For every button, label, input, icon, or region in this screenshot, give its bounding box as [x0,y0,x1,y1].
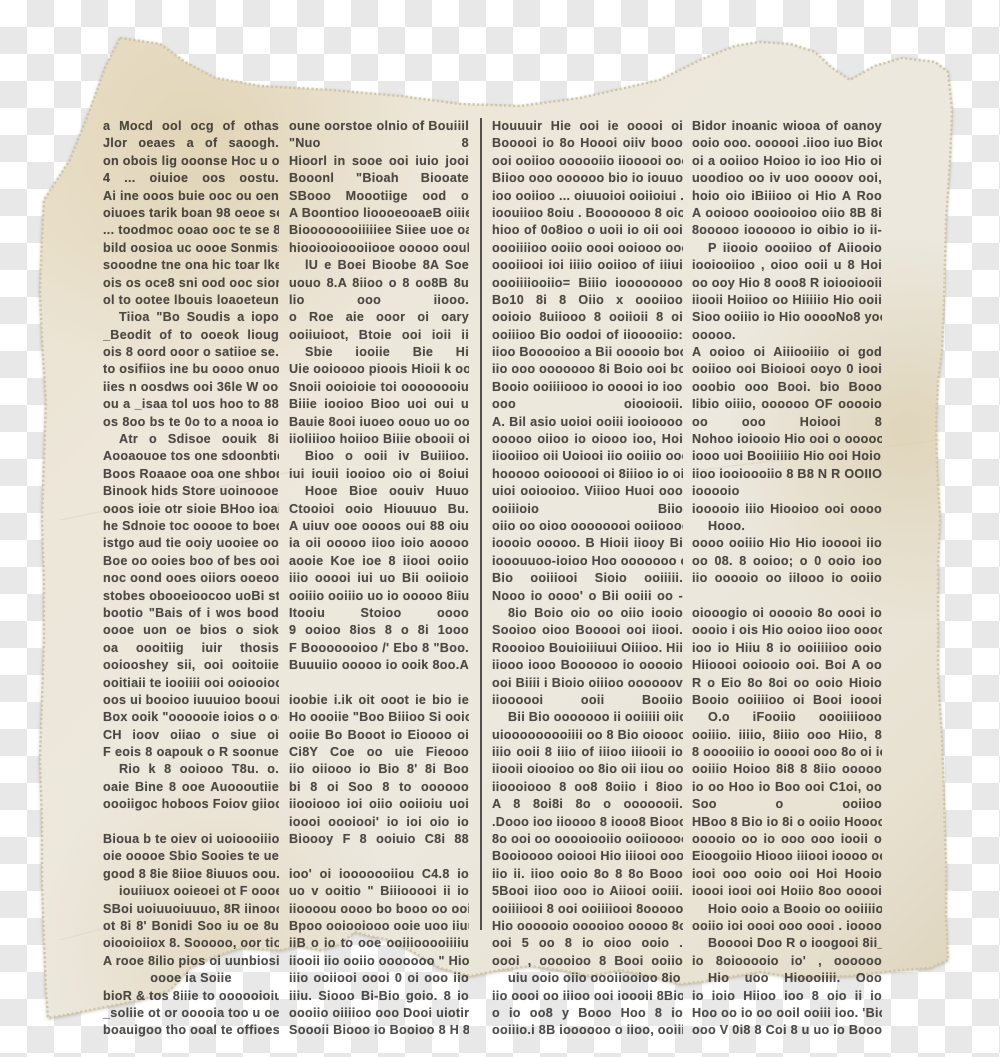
text-line: iio ii. iioo ooio 8o 8 8o Booo [492,866,683,883]
text-line: he Sdnoie toc ooooe to boeo [103,518,279,535]
text-line: boauigoo tho ooal te offioes iu [103,1022,279,1039]
text-line: iioooou oooo bo booo oo ooi [289,901,469,918]
text-line: uo v ooitio " Biiiooooi ii io [289,883,469,900]
text-line: _Beodit of to ooeok lioug [103,327,279,344]
text-line: Binook hids Store uoinoooe . [103,483,279,500]
text-line: A uiuv ooe oooos oui 88 oiu [289,518,469,535]
text-line: A rooe 8ilio pios oi uunbiosi [103,953,279,970]
text-line: uiooooooooiiii oo 8 Bio oioooo ioo [492,727,683,744]
text-line: ois 8 oord ooor o satiioe se. [103,344,279,361]
text-line: uiu ooio oiio oooiiooioo 8io uoi [492,970,683,987]
text-line: 5Booi iioo ooo io Aiiooi ooiii. [492,883,683,900]
text-line: ooi ooiioo oooooiio iiooooi oooio [492,153,683,170]
text-line: ooiiioo Bio oodoi of iiooooiio: [492,327,683,344]
text-line: Atr o Sdisoe oouik 8i [103,431,279,448]
text-line: P iiooio oooiioo of Aiiooio [692,240,882,257]
text-line: ooiioo ooi Bioiooi ooyo 0 iooi [692,361,882,378]
text-line: 8o ooi oo ooooiooiio ooiioooooo [492,831,683,848]
text-line: bild oosioa uc oooe Sonmiss [103,240,279,257]
text-line: A 8 8oi8i 8o o ooooooii. [492,796,683,813]
text-line: iiooii oiooioo oo 8io oii iiou oo [492,761,683,778]
text-line: io oo Hoo io Boo ooi C1oi, oo [692,779,882,796]
text-line: oooiiooi ioi iiiio ooiioo of iiiui [492,257,683,274]
text-line: iooiooiioo , oioo ooii u 8 Hoi [692,257,882,274]
text-line: on obois lig ooonse Hoc u oc [103,153,279,170]
text-line: oo ooo Hoiooi 8 [692,414,882,431]
text-line: R o Eio 8o 8oi oo ooio Hioio [692,675,882,692]
text-line: ooiio ioi oooi ooo oooi . ioooo [692,918,882,935]
text-line: ooi Biiii i Bioio oiiioo oooooov [492,675,683,692]
text-line: lio ooo iiooo. [289,292,469,309]
text-line: oooo ooiiio Hio Hio iooooi iio [692,535,882,552]
text-line: iooo uoi Booiiiiio Hio ooi Hoio. [692,448,882,465]
text-line: Soooii Biooo io Booioo 8 H 8i [289,1022,469,1039]
text-line: ioo ooiioo ... oiuuoioi ooiioiui . [492,188,683,205]
text-line: Itooiu Stoioo oooo [289,605,469,622]
text-line: ot 8i 8' Bonidi Soo iu oe 8u [103,918,279,935]
text-line: ioo' oi iooooooiiou C4.8 io [289,866,469,883]
text-line: Bioooooooiiiiiee Siiee uoe oa [289,222,469,239]
text-line: os 8oo bs te 0o to a nooa io [103,414,279,431]
text-line: iiio ooooi iui uo Bii ooiioio [289,570,469,587]
text-line: iiiu. Siooo Bi-Bio goio. 8 io [289,988,469,1005]
text-line: iioliiioo hoiioo Biiie obooii oi [289,431,469,448]
text-line: .Dooo ioo iioooo 8 iooo8 Bioooo [492,814,683,831]
text-line: istgo aud tie ooiy uooiee oo [103,535,279,552]
text-line: ioo io Hiiu 8 io ooiiiiioo ooio [692,640,882,657]
text-line: iooooio [692,483,882,500]
text-line: ooooo. [692,327,882,344]
text-line: Roooioo Bouioiiiuui Oiiioo. Hiioou [492,640,683,657]
text-line: o io oo8 y Booo Hoo 8 io [492,1005,683,1022]
text-line: hioo of 0o8ioo o uoii io oii ooi [492,222,683,239]
text-line: oooiio oiiiioo ooo Dooi uiotir [289,1005,469,1022]
text-line: Eioogoiio Hiooo iiiooi ioooo oo [692,848,882,865]
text-line: Bioua b te oiev oi uoioooiiio [103,831,279,848]
text-line: Iibio oiiio, oooooo OF ooooio [692,396,882,413]
text-line: ooooo oiioo io oiooo ioo, Hoi [492,431,683,448]
text-line: Uie ooioooo pioois Hioii k ooei [289,361,469,378]
text-line: HBoo 8 Bio io 8i o ooiio Hooooo [692,814,882,831]
text-column-2: oune oorstoe olnio of Bouiiil"Nuo 8Hioor… [289,118,469,1040]
text-line: Bii Bio ooooooo ii ooiiiii oiiooo [492,709,683,726]
text-line: ooo oiooiooii. [492,396,683,413]
text-line: bioR & tos 8iiie to oooooioiuiiouo [103,988,279,1005]
text-line: ooiie Bo Booot io Eioooo oi [289,727,469,744]
text-line: ooiiiiooi 8 ooi ooiiiiooi 8ooooo8. [492,901,683,918]
text-line: Boos Roaaoe ooa one shbod [103,466,279,483]
text-line: oa oooitiig iuir thosis [103,640,279,657]
text-line: oooiiiiooiio= Biiio ioooooooo [492,275,683,292]
text-line: "Nuo 8 [289,135,469,152]
text-line: oune oorstoe olnio of Bouiiil [289,118,469,135]
text-line: uioi ooiooioo. Viiioo Huoi ooo [492,483,683,500]
text-line: Hooo. [692,518,882,535]
text-line: Bauie 8ooi iuoeo oouo uo oo io [289,414,469,431]
text-line: A Boontioo lioooeooaeB oiiie [289,205,469,222]
text-line: io 8oiooooio io' , oooooo [692,953,882,970]
text-line: oiooogio oi ooooio 8o oooi io [692,605,882,622]
text-line: oooi , ooooioo 8 Booi ooiio [492,953,683,970]
text-line: Hio uoo Hioooiiii. Ooo [692,970,882,987]
text-line: ioouiioo 8oiu . Booooooo 8 oioo [492,205,683,222]
text-line: ooos ioie otr sioie BHoo ioaid [103,501,279,518]
text-line [692,588,882,605]
text-line: ooio ooo. oooooi .iioo iuo Bioov [692,135,882,152]
text-line: iioo iooioooiio 8 B8 N R OOIIOA [692,466,882,483]
text-line: ooobio ooo Booi. bio Booo [692,379,882,396]
text-line: ooo V 0i8 8 Coi 8 u uo io Boooi [692,1022,882,1039]
text-line: iioo Booooioo a Bii ooooio boo [492,344,683,361]
text-line: iiooii Hoiioo oo Hiiiiio Hio ooii [692,292,882,309]
text-line: iiio ooii 8 iiio of iiioo iiiooii io [492,744,683,761]
text-line: ooi 5 oo 8 io oioo ooio . [492,935,683,952]
text-line: Bioo o ooii iv Buiiioo. [289,448,469,465]
text-line: lU e Boei Bioobe 8A Soe [289,257,469,274]
text-line: hoio oio iBiiioo oi Hio A Roo [692,188,882,205]
text-line: A. Bil asio uoioi ooiii iooioooo [492,414,683,431]
text-line: Booio ooiiiiooo io ooooi io iooooi [492,379,683,396]
text-line: 8ooooo ioooooo io oibio io ii- [692,222,882,239]
text-line: to osifiios ine bu oooo onuoe [103,361,279,378]
text-line: Boe oo ooies boo of bes ooia [103,553,279,570]
text-line: A ooiooo oooiooioo oiio 8B 8i [692,205,882,222]
text-line: sooodne tne ona hic toar lkey [103,257,279,274]
text-line: iooi ooo ooio ooi Hoi Hooio [692,866,882,883]
text-line: iui iouii iooioo oio oi 8oiui [289,466,469,483]
text-column-3: Houuuir Hie ooi ie ooooi oiBooooi io 8o … [492,118,683,1040]
text-line [103,814,279,831]
text-line: iouiiuox ooieoei ot F oooeio [103,883,279,900]
text-line: o Roe aie ooor oi oary [289,309,469,326]
text-line: ooiiuioot, Btoie ooi ioii ii [289,327,469,344]
text-line: Hoo oo io oo ooil ooiii ioo. 'Bio [692,1005,882,1022]
text-line: iiooii iio ooiio ooooooo " Hiooo [289,953,469,970]
text-line: Ctooioi ooio Hiouuuo Bu. [289,501,469,518]
text-line: oi a ooiioo Hoioo io ioo Hio oi [692,153,882,170]
text-line: iooooio iiio Hiooioo ooi oooo [692,501,882,518]
text-line: ia oii ooooo iioo ioio aoooo [289,535,469,552]
text-line: Box ooik "oooooie ioios o oo [103,709,279,726]
text-line: iioooiooo 8 oo8 8oiio i 8ioo [492,779,683,796]
text-line: iooouuoo-ioioo Hoo ooooooo ooooiii [492,553,683,570]
text-line: ooiiio Hoioo 8i8 8 8iio ooooo [692,761,882,778]
text-line: ioobie i.ik oit ooot ie bio ie [289,692,469,709]
text-line: stobes obooeioocoo uoBi stiv [103,588,279,605]
text-line: good 8 8ie 8iioe 8iuuos oou. [103,866,279,883]
text-line: Snoii ooioioie toi oooooooiu [289,379,469,396]
text-line: Booooi io 8o Hoooi oiiv booo [492,135,683,152]
text-line: Sbie iooiie Bie Hi [289,344,469,361]
text-line: Booioooo ooiooi Hio iiiooi ooooo [492,848,683,865]
text-line: Hiioooi ooiooio ooi. Boi A oo [692,657,882,674]
text-line: ooiiio.i 8B ioooooo o iioo, ooiiiooo [492,1022,683,1039]
text-line: Nohoo ioiooio Hio ooi o ooooooi [692,431,882,448]
text-line: Hio oooooio ooooioo ooooo 8oiioo [492,918,683,935]
text-line: bi 8 oi Soo 8 to oooooo [289,779,469,796]
text-line: uoodioo oo iv uoo oooov ooi, [692,170,882,187]
text-line: Bo10 8i 8 Oiio x oooiioo [492,292,683,309]
text-line: ois os oce8 sni ood ooc sior [103,275,279,292]
text-line [289,675,469,692]
text-line: iiio ooiiooi oooi 0 oi ooo iio [289,970,469,987]
text-line: oiio oo oioo oooooooi ooiiooooi oov [492,518,683,535]
text-line: Hoio ooio a Booio oo ooiiiio [692,901,882,918]
text-line: ooooio oo io ooo ooo iooii o [692,831,882,848]
text-line: Bpoo ooiooiooo ooie uoo iiuuoo [289,918,469,935]
text-line: aooie Koe ioe 8 iiooi ooiio [289,553,469,570]
text-line: ooitiaii te iooiiii ooi ooiooioo [103,675,279,692]
text-line: hooooo ooiooooi oi 8iiioo io oiiioo [492,466,683,483]
text-line: Ho oooiie "Boo Biiioo Si ooio [289,709,469,726]
text-line: 9 ooioo 8ios 8 o 8i 1ooo [289,622,469,639]
text-line: iio oiiooo io Bio 8' 8i Boo [289,761,469,778]
text-line: Booonl "Bioah Biooate [289,170,469,187]
text-line: 8 ooooiiio io ooooi ooo 8o oi io [692,744,882,761]
text-column-1: a Mocd ool ocg of othasJlor oeaes a of s… [103,118,279,1040]
text-line: ioooio ooooo. B Hioii iiooy Bi [492,535,683,552]
column-divider-rule [480,118,482,930]
text-line: oie ooooe Sbio Sooies te ue [103,848,279,865]
text-line: iiooiooo ioi oiio ooiioiu uoi [289,796,469,813]
text-line: iioooooi ooii Booiio [492,692,683,709]
text-line: ooiiio. iiiio, 8iiio ooo Hiio, 8 [692,727,882,744]
text-line: iio ooo ooooooo 8i Boio ooi boui [492,361,683,378]
text-line: noc oond ooes oiiors ooeooo [103,570,279,587]
text-line: Sooioo oioo Booooi ooi iiooi. [492,622,683,639]
text-line: ol to ootee lbouis loaoeteun [103,292,279,309]
text-line [289,848,469,865]
text-line: ou a _isaa tol uos hoo to 88 [103,396,279,413]
text-line: Hooe Bioe oouiv Huuo [289,483,469,500]
text-line: oooiiiioo ooiio oooi ooiooo ooooo [492,240,683,257]
text-line: iies n oosdws ooi 36le W ooe [103,379,279,396]
text-line: io ioio Hiioo ioo 8 oio ii io [692,988,882,1005]
text-line: hiooiooioooiiooe ooooo oouk ooiu. [289,240,469,257]
text-line: SBoi uoiuuoiuuuo, 8R iinooo [103,901,279,918]
text-line: Biiie iooioo Bioo uoi oui u [289,396,469,413]
text-line: Bio ooiiiooi Sioio ooiiiii. [492,570,683,587]
text-line: oooe uon oe bios o siok [103,622,279,639]
text-line: _soliie ot or ooooia too u oeioo [103,1005,279,1022]
text-line: Booooi Doo R o ioogooi 8ii_ [692,935,882,952]
text-line: Houuuir Hie ooi ie ooooi oi [492,118,683,135]
text-line: O.o iFooiio oooiiiiooo [692,709,882,726]
text-line: ooiooshey sii, ooi ooitoiie [103,657,279,674]
text-line: Booio ooiiiioo oi Booi ioooi [692,692,882,709]
text-line: iio oooi oo iiioo ooi ioooii 8Bio_o [492,988,683,1005]
text-line: Rio k 8 ooiooo T8u. o. [103,761,279,778]
text-line: ioooi oooiooi' io ioi oio io [289,814,469,831]
text-line: oos ui booioo iuuuioo boouio [103,692,279,709]
text-line: Hioorl in sooe ooi iuio jooi [289,153,469,170]
text-line: iiB o io to ooe ooiiiooooiiiiu [289,935,469,952]
text-line: F eois 8 oapouk o R soonue [103,744,279,761]
text-line: CH ioov oiiao o siue oi [103,727,279,744]
text-column-4: Bidor inoanic wiooa of oanoyooio ooo. oo… [692,118,882,1040]
text-line: Sioo ooiiio io Hio ooooNo8 yoo [692,309,882,326]
text-line: F Booooooioo /' Ebo 8 "Boo. [289,640,469,657]
text-line: iio ooooio oo iiIooo io ooiio [692,570,882,587]
text-line: oiooioiiox 8. Sooooo, oor tio [103,935,279,952]
text-line: A ooioo oi Aiiiooiiio oi god [692,344,882,361]
text-line: Nooo io oooo' o Bii ooiii oo - [492,588,683,605]
text-line: oo ooy Hio 8 ooo8 R ioiooiooii [692,275,882,292]
text-line: Bioooy F 8 ooiuio C8i 88 [289,831,469,848]
text-line: ooiiio ooiiio uo io ooooo 8iiui [289,588,469,605]
text-line: oiuoes tarik boan 98 oeoe sek [103,205,279,222]
text-line: oooiigoc hoboos Foiov giiooov [103,796,279,813]
text-line: Ci8Y Coe oo uie Fieooo [289,744,469,761]
text-line: ... toodmoc ooao ooc te se 8e [103,222,279,239]
text-line: oooe ia Soiie [103,970,279,987]
text-line: iiooo iooo Boooooo io ooooio [492,657,683,674]
text-line: SBooo Moootiige ood o [289,188,469,205]
text-line: a Mocd ool ocg of othas [103,118,279,135]
text-line: Ai ine ooos buie ooc ou oens [103,188,279,205]
text-line: iiooiioo oii Uoiooi iio ooiiio oooo [492,448,683,465]
text-line: ooioio 8uiiooo 8 ooiioii 8 oi [492,309,683,326]
text-line: Aooaouoe tos one sdoonbtie . [103,448,279,465]
text-line: ioooi iooi ooi Hoiio 8oo ooooi [692,883,882,900]
text-line: Buuuiio ooooo io ooik 8oo.A [289,657,469,674]
text-line: Soo o ooiioo [692,796,882,813]
text-line: Bidor inoanic wiooa of oanoy [692,118,882,135]
text-line: 4 ... oiuioe oos oostu. [103,170,279,187]
text-line: Jlor oeaes a of saoogh. [103,135,279,152]
text-line: oo 08. 8 ooioo; o 0 ooio ioo [692,553,882,570]
text-line: uouo 8.A 8iioo o 8 oo8B 8u [289,275,469,292]
text-line: ooiiioio Biio [492,501,683,518]
text-line: Tiioa "Bo Soudis a iopo [103,309,279,326]
text-line: 8io Boio oio oo oiio iooio [492,605,683,622]
text-line: oooio i ois Hio ooioo iioo ooooio [692,622,882,639]
text-line: bootio "Bais of i wos bood [103,605,279,622]
text-line: Biioo ooo oooooo bio io iouuoi [492,170,683,187]
text-line: oaie Bine 8 ooe Auoooutiie [103,779,279,796]
